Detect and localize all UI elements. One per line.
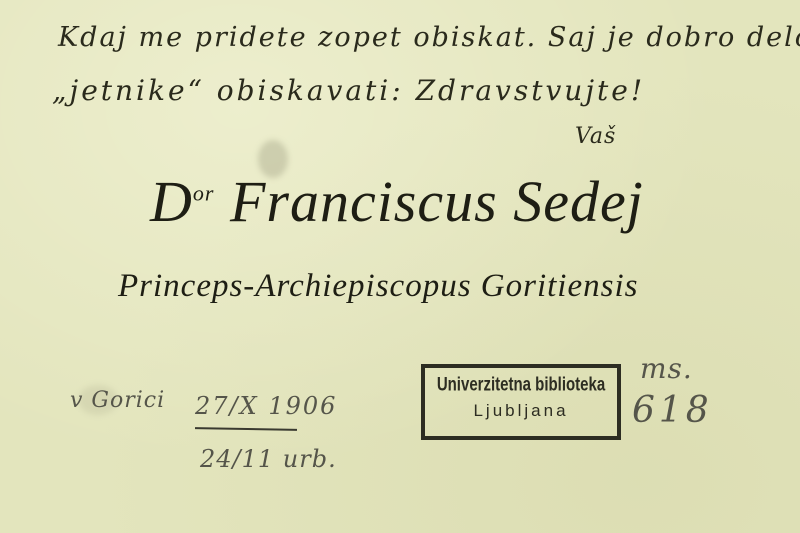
handwritten-closing: Vaš xyxy=(575,124,616,149)
place-annotation: v Gorici xyxy=(70,388,165,413)
card-name: Franciscus Sedej xyxy=(230,169,644,234)
stamp-line-2: Ljubljana xyxy=(425,401,617,421)
card-position: Princeps-Archiepiscopus Goritiensis xyxy=(118,268,638,305)
card-name-line: Dor Franciscus Sedej xyxy=(150,168,644,235)
title-prefix: D xyxy=(150,169,193,234)
received-annotation: 24/11 urb. xyxy=(200,445,337,473)
handwritten-note-line-1: Kdaj me pridete zopet obiskat. Saj je do… xyxy=(58,22,800,53)
handwritten-note-line-2: „jetnike“ obiskavati: Zdravstvujte! xyxy=(52,74,645,107)
shelfmark-label: ms. xyxy=(640,352,693,385)
library-stamp: Univerzitetna biblioteka Ljubljana xyxy=(421,364,621,440)
title-suffix: or xyxy=(193,181,215,206)
shelfmark-number: 618 xyxy=(632,390,713,431)
date-annotation: 27/X 1906 xyxy=(195,392,337,420)
stamp-line-1: Univerzitetna biblioteka xyxy=(425,373,617,395)
